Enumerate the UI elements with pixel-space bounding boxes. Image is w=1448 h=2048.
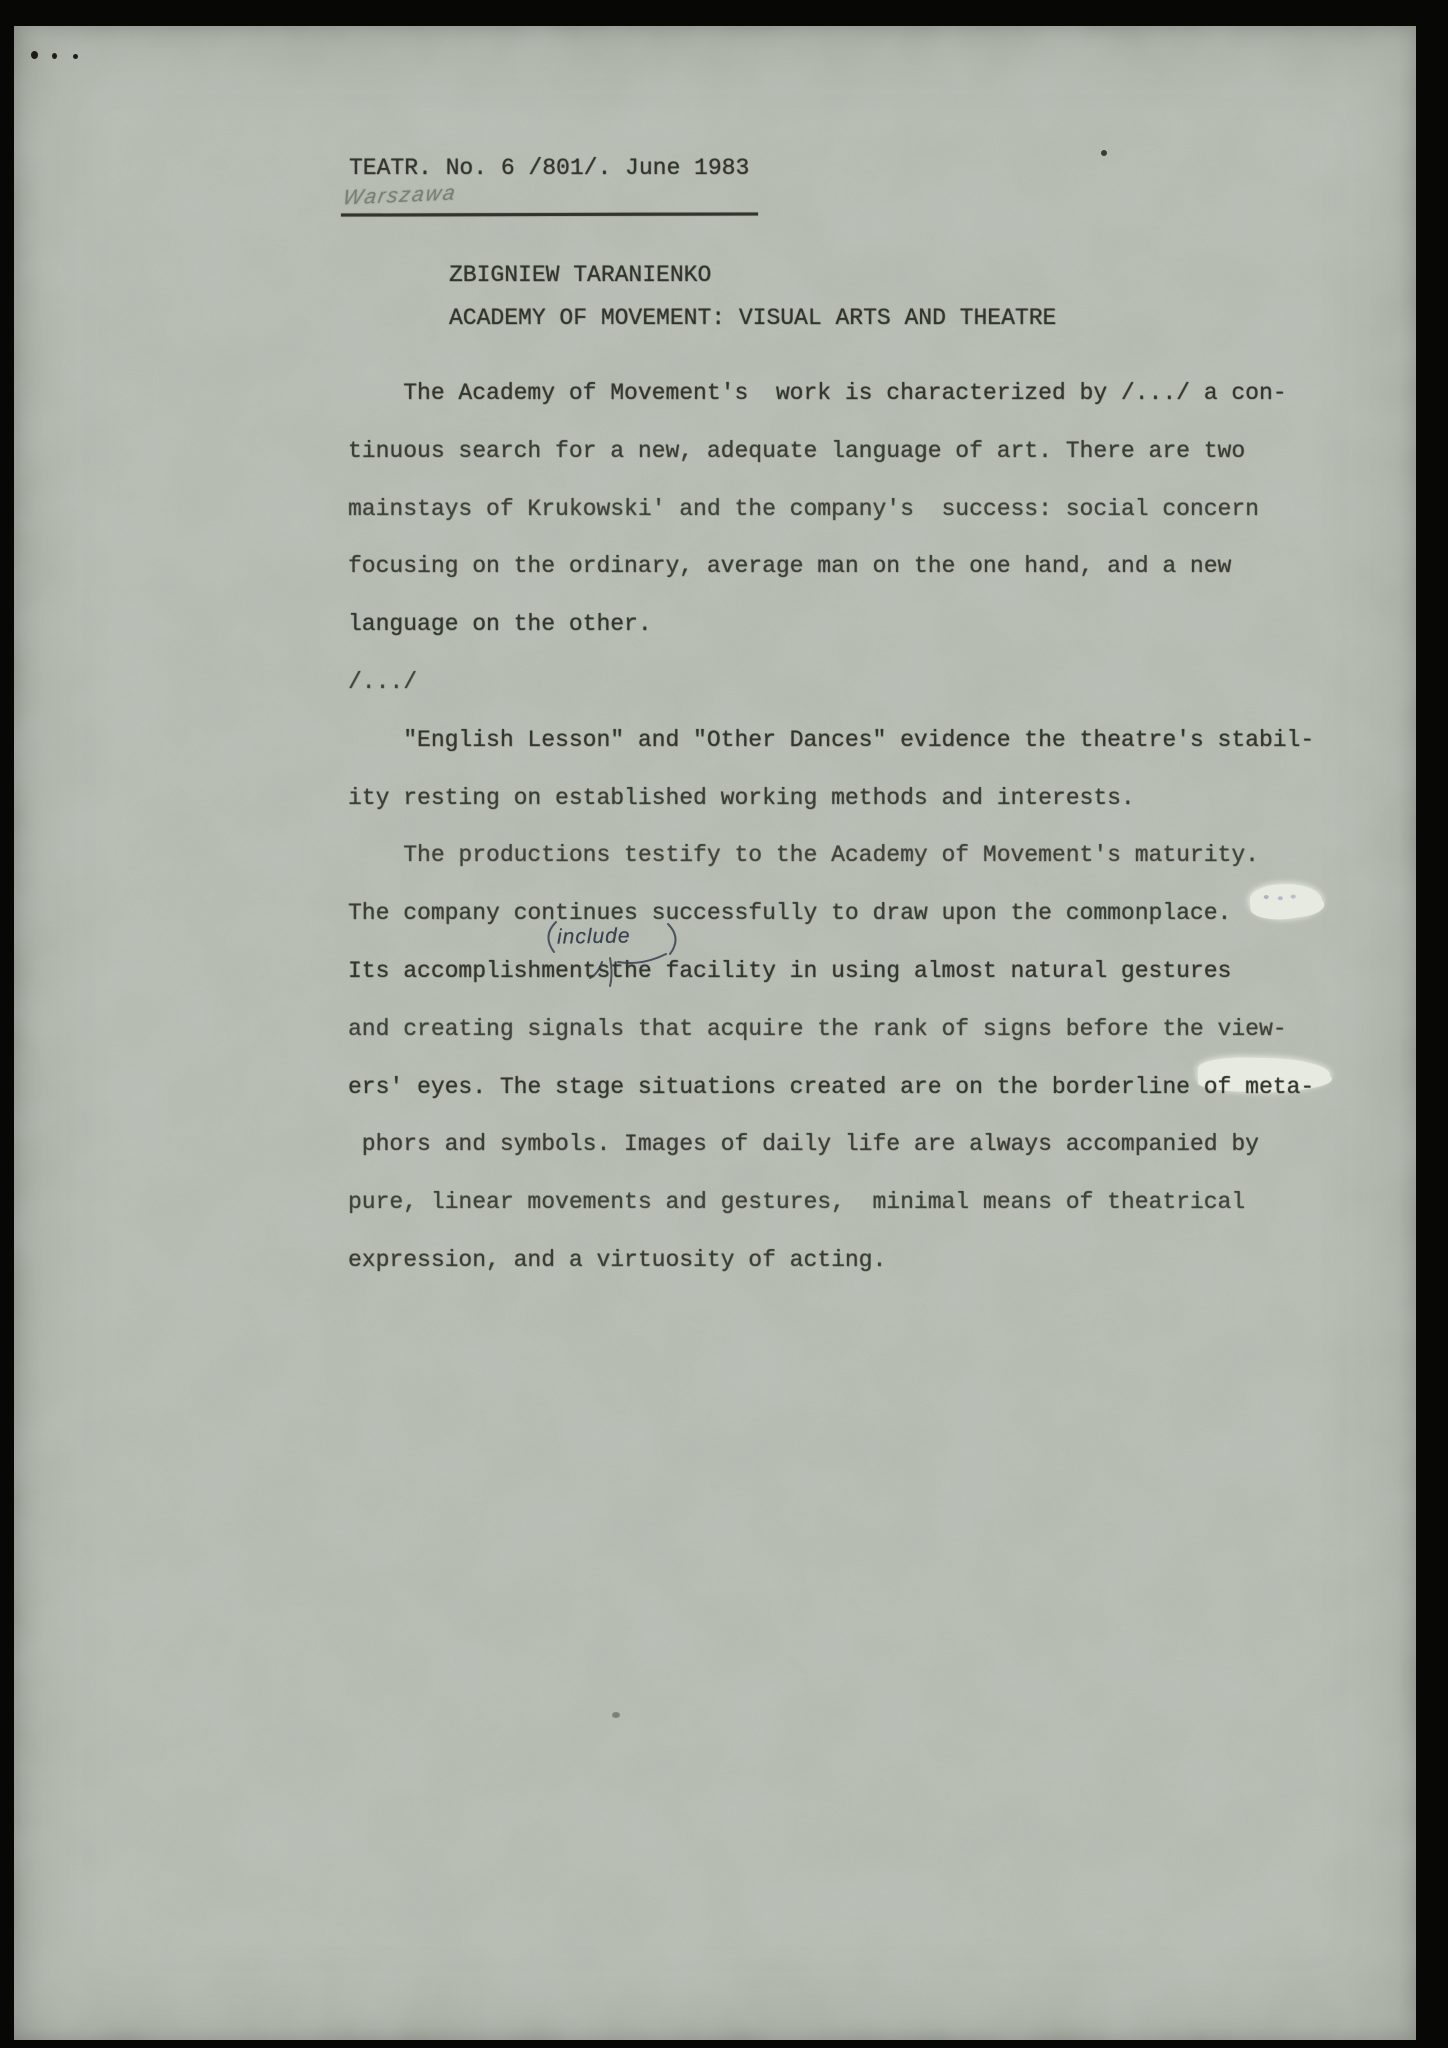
faded-ink-smudge xyxy=(1264,895,1269,899)
typed-line: The Academy of Movement's work is charac… xyxy=(348,380,1287,406)
smudge-mark xyxy=(612,1712,620,1718)
header-underline xyxy=(341,212,758,216)
typed-line: "English Lesson" and "Other Dances" evid… xyxy=(348,727,1314,753)
author-name: ZBIGNIEW TARANIENKO xyxy=(449,262,711,288)
typed-line: Its accomplishmentsthe facility in using… xyxy=(348,958,1231,984)
typed-line: pure, linear movements and gestures, min… xyxy=(348,1189,1245,1215)
ink-speck xyxy=(52,53,57,59)
typed-line: expression, and a virtuosity of acting. xyxy=(348,1247,886,1273)
article-title: ACADEMY OF MOVEMENT: VISUAL ARTS AND THE… xyxy=(449,305,1056,331)
typed-line: language on the other. xyxy=(348,611,652,637)
insertion-caret-mark xyxy=(540,918,700,996)
ink-speck xyxy=(1101,150,1107,156)
ink-speck xyxy=(31,51,38,59)
typed-line: phors and symbols. Images of daily life … xyxy=(348,1131,1259,1157)
typed-line: mainstays of Krukowski' and the company'… xyxy=(348,496,1259,522)
typed-line: /.../ xyxy=(348,669,417,695)
handwritten-place-note: Warszawa xyxy=(341,181,459,210)
journal-reference: TEATR. No. 6 /801/. June 1983 xyxy=(349,155,749,181)
typed-line: ers' eyes. The stage situations created … xyxy=(348,1074,1314,1100)
typed-line: and creating signals that acquire the ra… xyxy=(348,1016,1287,1042)
ink-speck xyxy=(73,54,78,59)
typed-line: ity resting on established working metho… xyxy=(348,785,1135,811)
scanned-page: TEATR. No. 6 /801/. June 1983 Warszawa Z… xyxy=(0,0,1448,2048)
typed-line: focusing on the ordinary, average man on… xyxy=(348,553,1231,579)
typed-line: tinuous search for a new, adequate langu… xyxy=(348,438,1245,464)
correction-fluid-patch xyxy=(1249,882,1323,920)
typed-line: The productions testify to the Academy o… xyxy=(348,842,1259,868)
typed-line: The company continues successfully to dr… xyxy=(348,900,1231,926)
